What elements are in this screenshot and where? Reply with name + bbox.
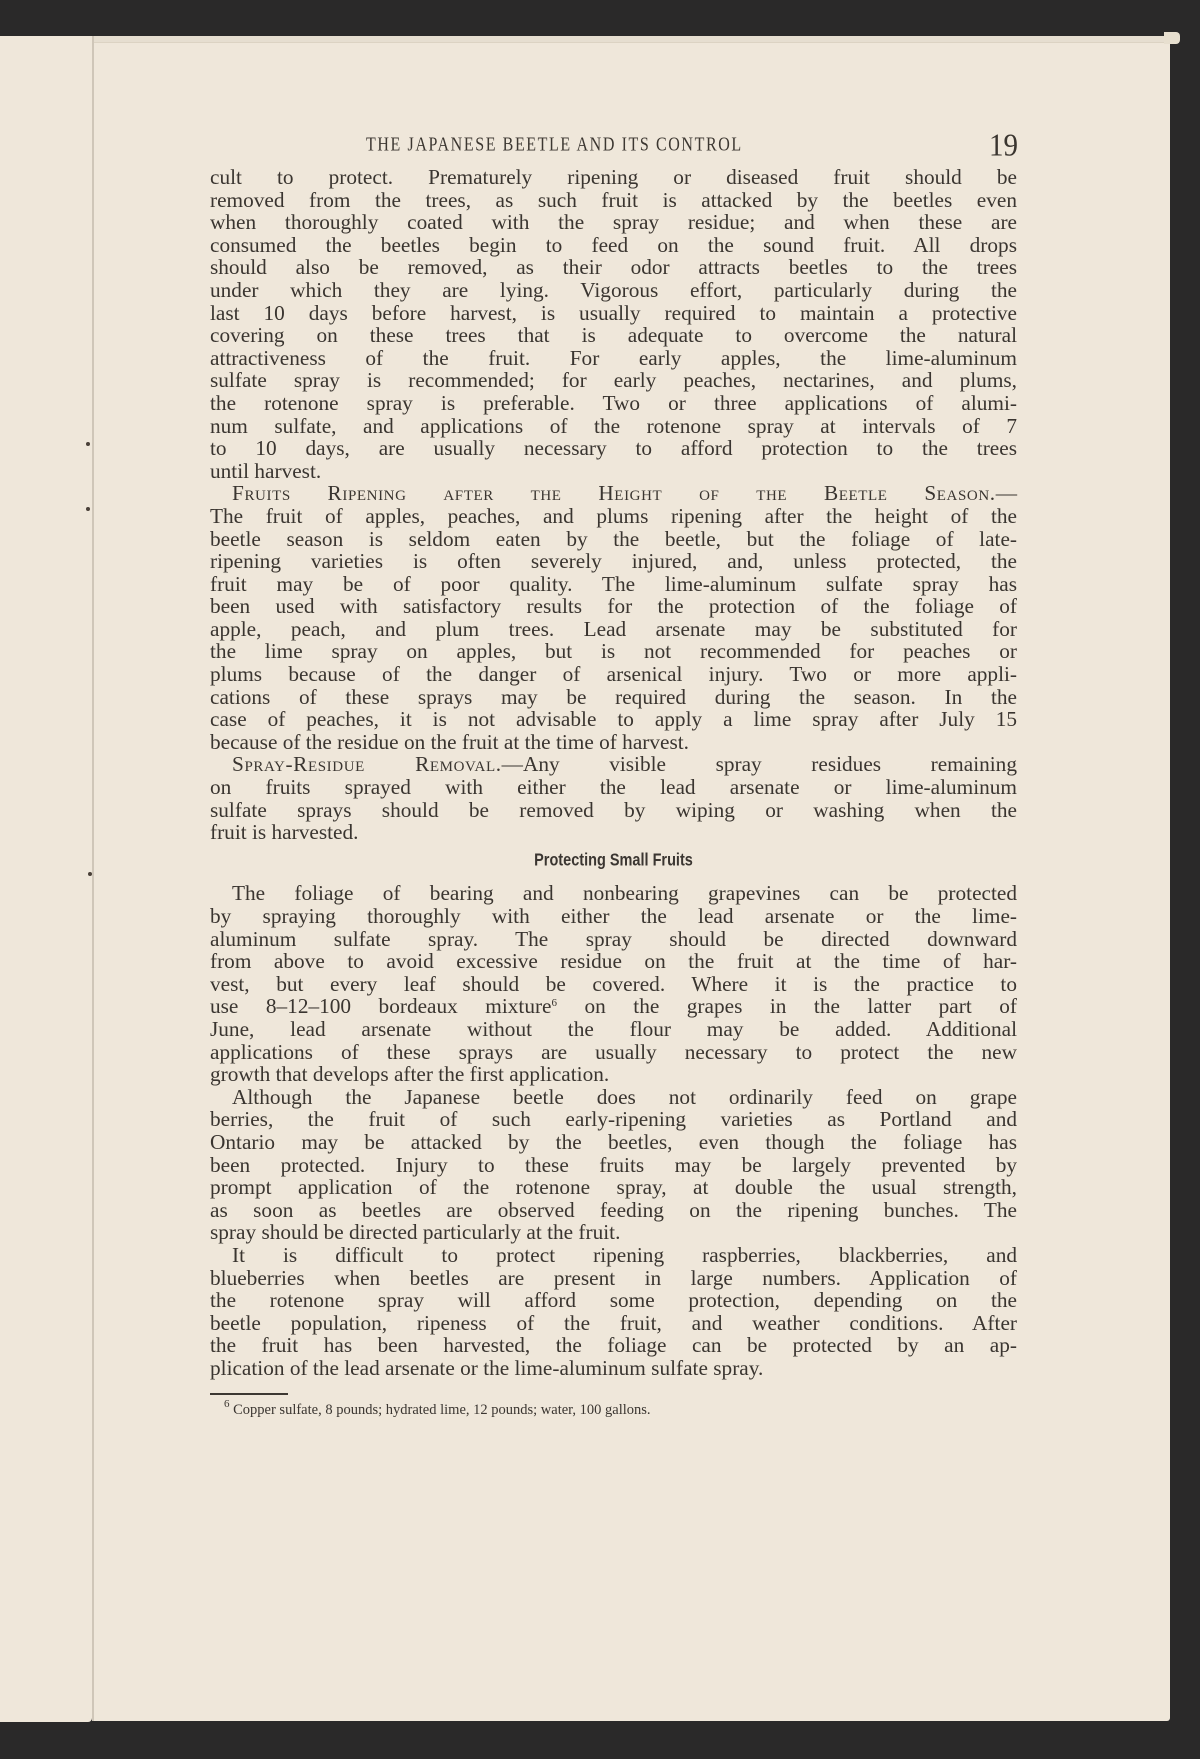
text-line: when thoroughly coated with the spray re…	[210, 211, 1017, 234]
page-top-edge	[94, 36, 1170, 43]
text-line: Ontario may be attacked by the beetles, …	[210, 1131, 1017, 1154]
body-text: cult to protect. Prematurely ripening or…	[210, 166, 1017, 1419]
paragraph: Spray-Residue Removal.—Any visible spray…	[210, 753, 1017, 843]
text-line: been protected. Injury to these fruits m…	[210, 1154, 1017, 1177]
text-line: the rotenone spray is preferable. Two or…	[210, 392, 1017, 415]
text-line: cations of these sprays may be required …	[210, 686, 1017, 709]
text-line: Although the Japanese beetle does not or…	[210, 1086, 1017, 1109]
binding-speck	[86, 507, 90, 511]
text-line: until harvest.	[210, 460, 1017, 483]
binding-speck	[86, 442, 90, 446]
text-line: The fruit of apples, peaches, and plums …	[210, 505, 1017, 528]
facing-page-edge	[0, 36, 92, 1722]
text-line: removed from the trees, as such fruit is…	[210, 189, 1017, 212]
text-line: by spraying thoroughly with either the l…	[210, 905, 1017, 928]
footnote-divider	[210, 1393, 288, 1395]
text-fragment: use 8–12–100 bordeaux mixture	[210, 994, 552, 1018]
text-line: because of the residue on the fruit at t…	[210, 731, 1017, 754]
text-line: last 10 days before harvest, is usually …	[210, 302, 1017, 325]
text-line: prompt application of the rotenone spray…	[210, 1176, 1017, 1199]
text-line: ripening varieties is often severely inj…	[210, 550, 1017, 573]
text-line: use 8–12–100 bordeaux mixture6 on the gr…	[210, 995, 1017, 1018]
paragraph: Although the Japanese beetle does not or…	[210, 1086, 1017, 1244]
text-line: fruit may be of poor quality. The lime-a…	[210, 573, 1017, 596]
text-line: num sulfate, and applications of the rot…	[210, 415, 1017, 438]
text-line: to 10 days, are usually necessary to aff…	[210, 437, 1017, 460]
paragraph: Fruits Ripening after the Height of the …	[210, 482, 1017, 753]
page-number: 19	[989, 128, 1018, 164]
text-line: as soon as beetles are observed feeding …	[210, 1199, 1017, 1222]
text-line: growth that develops after the first app…	[210, 1063, 1017, 1086]
footnote-text: Copper sulfate, 8 pounds; hydrated lime,…	[233, 1402, 650, 1418]
text-fragment: —Any visible spray residues remaining	[502, 752, 1017, 776]
text-line: the lime spray on apples, but is not rec…	[210, 640, 1017, 663]
text-line: the rotenone spray will afford some prot…	[210, 1289, 1017, 1312]
inline-heading: Spray-Residue Removal.	[232, 752, 502, 776]
text-line: aluminum sulfate spray. The spray should…	[210, 928, 1017, 951]
section-heading: Protecting Small Fruits	[210, 848, 1017, 875]
text-line: It is difficult to protect ripening rasp…	[210, 1244, 1017, 1267]
text-line: apple, peach, and plum trees. Lead arsen…	[210, 618, 1017, 641]
text-line: Fruits Ripening after the Height of the …	[210, 482, 1017, 505]
text-line: attractiveness of the fruit. For early a…	[210, 347, 1017, 370]
inline-heading: Fruits Ripening after the Height of the …	[232, 481, 996, 505]
paragraph: The foliage of bearing and nonbearing gr…	[210, 882, 1017, 1085]
text-line: from above to avoid excessive residue on…	[210, 950, 1017, 973]
text-line: Spray-Residue Removal.—Any visible spray…	[210, 753, 1017, 776]
page-corner	[1164, 32, 1180, 44]
text-line: beetle season is seldom eaten by the bee…	[210, 528, 1017, 551]
text-line: beetle population, ripeness of the fruit…	[210, 1312, 1017, 1335]
text-line: the fruit has been harvested, the foliag…	[210, 1334, 1017, 1357]
text-line: should also be removed, as their odor at…	[210, 256, 1017, 279]
em-dash: —	[996, 481, 1017, 505]
text-line: fruit is harvested.	[210, 821, 1017, 844]
text-line: been used with satisfactory results for …	[210, 595, 1017, 618]
text-fragment: on the grapes in the latter part of	[557, 994, 1017, 1018]
paragraph: cult to protect. Prematurely ripening or…	[210, 166, 1017, 482]
text-line: blueberries when beetles are present in …	[210, 1267, 1017, 1290]
text-line: sulfate spray is recommended; for early …	[210, 369, 1017, 392]
text-line: The foliage of bearing and nonbearing gr…	[210, 882, 1017, 905]
text-line: case of peaches, it is not advisable to …	[210, 708, 1017, 731]
running-head: THE JAPANESE BEETLE AND ITS CONTROL 19	[94, 128, 1170, 168]
text-line: berries, the fruit of such early-ripenin…	[210, 1108, 1017, 1131]
text-line: vest, but every leaf should be covered. …	[210, 973, 1017, 996]
paragraph: It is difficult to protect ripening rasp…	[210, 1244, 1017, 1380]
running-title: THE JAPANESE BEETLE AND ITS CONTROL	[366, 134, 743, 157]
text-line: June, lead arsenate without the flour ma…	[210, 1018, 1017, 1041]
text-line: covering on these trees that is adequate…	[210, 324, 1017, 347]
text-line: on fruits sprayed with either the lead a…	[210, 776, 1017, 799]
text-line: plication of the lead arsenate or the li…	[210, 1357, 1017, 1380]
footnote-marker: 6	[224, 1398, 230, 1410]
text-line: plums because of the danger of arsenical…	[210, 663, 1017, 686]
footnote: 6 Copper sulfate, 8 pounds; hydrated lim…	[224, 1401, 1017, 1419]
text-line: consumed the beetles begin to feed on th…	[210, 234, 1017, 257]
text-line: applications of these sprays are usually…	[210, 1041, 1017, 1064]
text-line: spray should be directed particularly at…	[210, 1221, 1017, 1244]
text-line: cult to protect. Prematurely ripening or…	[210, 166, 1017, 189]
book-page: THE JAPANESE BEETLE AND ITS CONTROL 19 c…	[92, 36, 1170, 1721]
text-line: under which they are lying. Vigorous eff…	[210, 279, 1017, 302]
text-line: sulfate sprays should be removed by wipi…	[210, 799, 1017, 822]
